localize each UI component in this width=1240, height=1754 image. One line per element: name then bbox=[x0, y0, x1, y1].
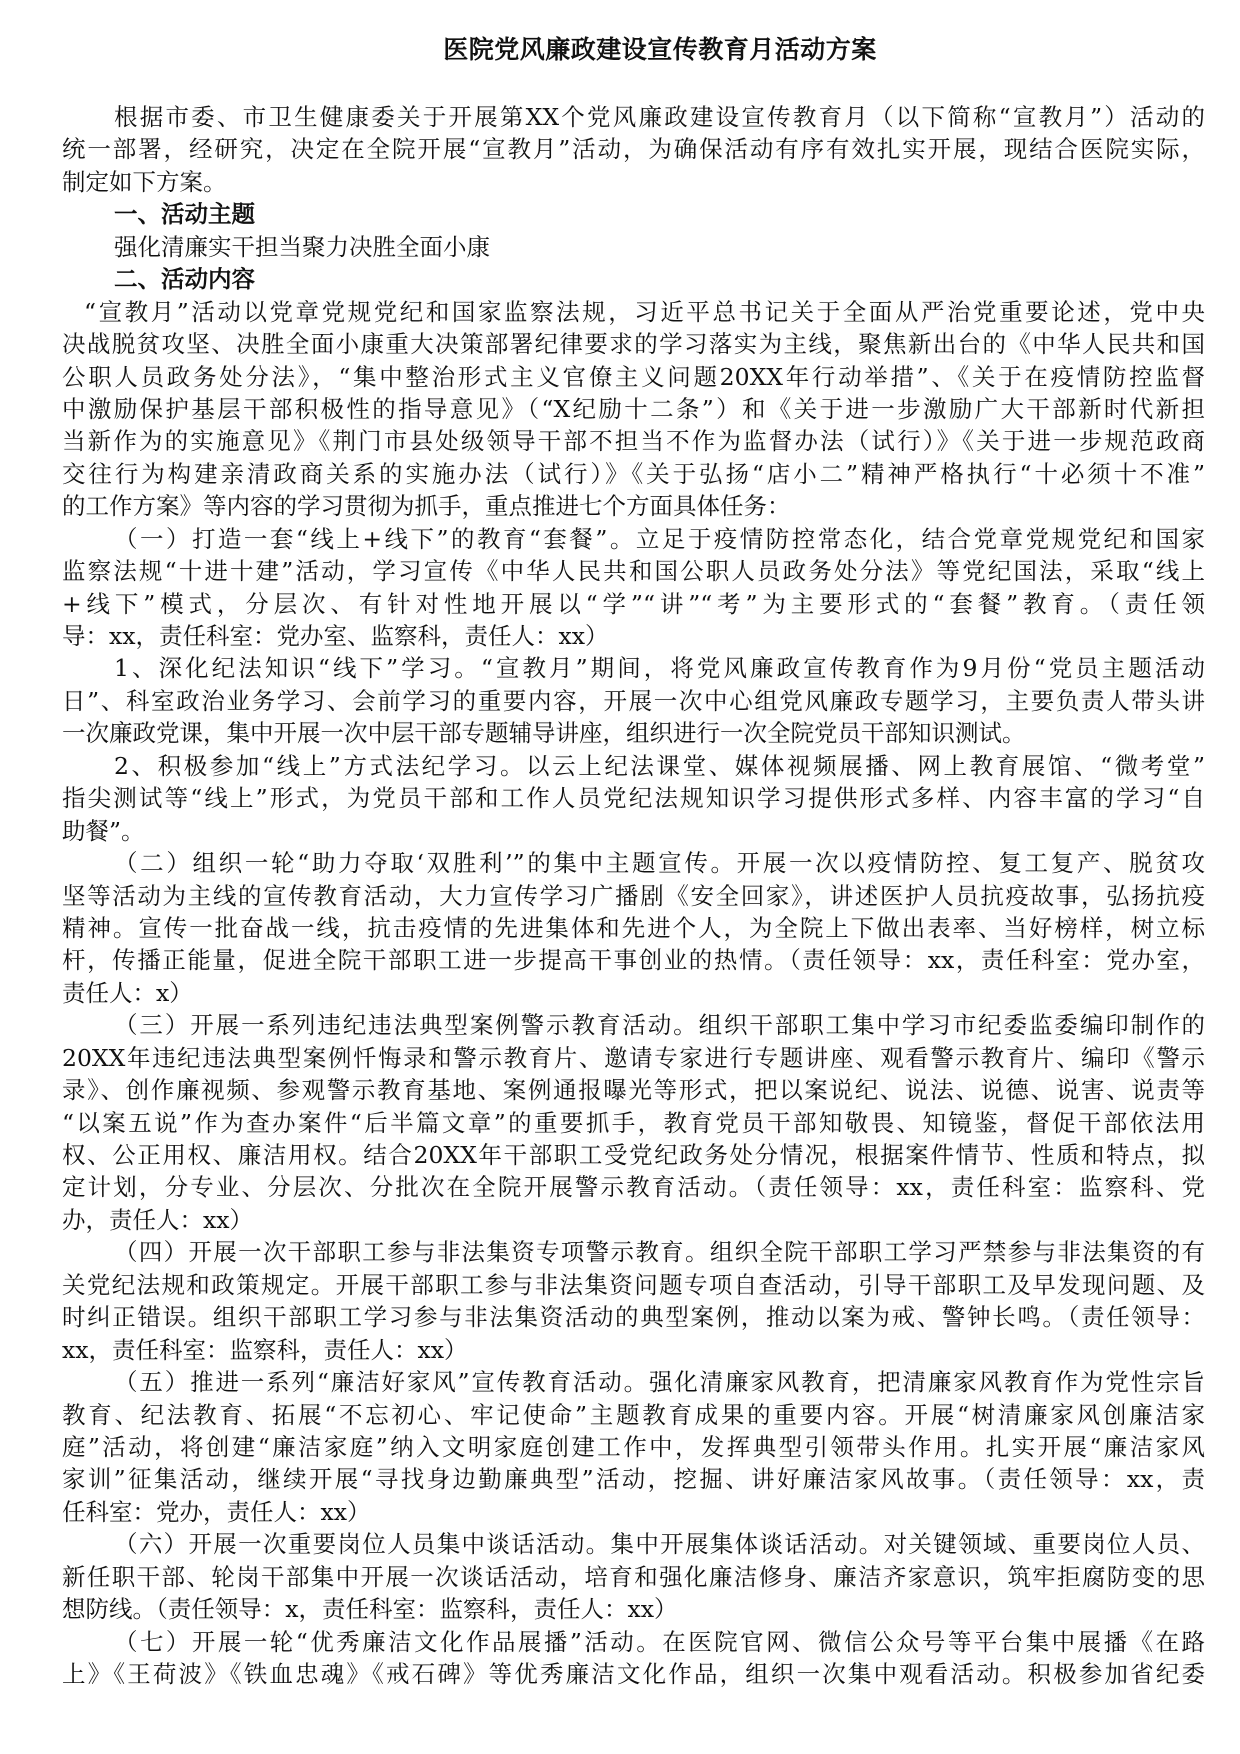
paragraph-line: 公职人员政务处分法》，“集中整治形式主义官僚主义问题20XX年行动举措”、《关于… bbox=[62, 361, 1205, 393]
paragraph-line: 决战脱贫攻坚、决胜全面小康重大决策部署纪律要求的学习落实为主线，聚焦新出台的《中… bbox=[62, 328, 1205, 360]
paragraph-line: 教育、纪法教育、拓展“不忘初心、牢记使命”主题教育成果的重要内容。开展“树清廉家… bbox=[62, 1399, 1205, 1431]
paragraph-line: 定计划，分专业、分层次、分批次在全院开展警示教育活动。（责任领导：xx，责任科室… bbox=[62, 1171, 1205, 1203]
paragraph-line: 上》《王荷波》《铁血忠魂》《戒石碑》等优秀廉洁文化作品，组织一次集中观看活动。积… bbox=[62, 1658, 1205, 1690]
paragraph-line: 20XX年违纪违法典型案例忏悔录和警示教育片、邀请专家进行专题讲座、观看警示教育… bbox=[62, 1042, 1205, 1074]
paragraph-line: （六）开展一次重要岗位人员集中谈话活动。集中开展集体谈话活动。对关键领域、重要岗… bbox=[62, 1528, 1205, 1560]
paragraph-line: （四）开展一次干部职工参与非法集资专项警示教育。组织全院干部职工学习严禁参与非法… bbox=[62, 1236, 1205, 1268]
paragraph-line: 助餐”。 bbox=[62, 815, 1205, 847]
document-page: 医院党风廉政建设宣传教育月活动方案 根据市委、市卫生健康委关于开展第XX个党风廉… bbox=[0, 0, 1240, 1754]
paragraph-line: 当新作为的实施意见》《荆门市县处级领导干部不担当不作为监督办法（试行）》《关于进… bbox=[62, 425, 1205, 457]
paragraph-line: 的工作方案》等内容的学习贯彻为抓手，重点推进七个方面具体任务： bbox=[62, 490, 1205, 522]
paragraph-line: 关党纪法规和政策规定。开展干部职工参与非法集资问题专项自查活动，引导干部职工及早… bbox=[62, 1269, 1205, 1301]
paragraph-line: 录》、创作廉视频、参观警示教育基地、案例通报曝光等形式，把以案说纪、说法、说德、… bbox=[62, 1074, 1205, 1106]
paragraph-line: （五）推进一系列“廉洁好家风”宣传教育活动。强化清廉家风教育，把清廉家风教育作为… bbox=[62, 1366, 1205, 1398]
document-title: 医院党风廉政建设宣传教育月活动方案 bbox=[0, 30, 1240, 70]
paragraph-line: 任科室：党办，责任人：xx） bbox=[62, 1496, 1205, 1528]
paragraph-line: 新任职干部、轮岗干部集中开展一次谈话活动，培育和强化廉洁修身、廉洁齐家意识，筑牢… bbox=[62, 1561, 1205, 1593]
paragraph-line: 强化清廉实干担当聚力决胜全面小康 bbox=[62, 231, 1205, 263]
paragraph-line: 精神。宣传一批奋战一线，抗击疫情的先进集体和先进个人，为全院上下做出表率、当好榜… bbox=[62, 912, 1205, 944]
paragraph-line: 导：xx，责任科室：党办室、监察科，责任人：xx） bbox=[62, 620, 1205, 652]
paragraph-line: 2、积极参加“线上”方式法纪学习。以云上纪法课堂、媒体视频展播、网上教育展馆、“… bbox=[62, 750, 1205, 782]
paragraph-line: 庭”活动，将创建“廉洁家庭”纳入文明家庭创建工作中，发挥典型引领带头作用。扎实开… bbox=[62, 1431, 1205, 1463]
document-body: 根据市委、市卫生健康委关于开展第XX个党风廉政建设宣传教育月（以下简称“宣教月”… bbox=[62, 101, 1205, 1690]
paragraph-line: 1、深化纪法知识“线下”学习。“宣教月”期间，将党风廉政宣传教育作为9月份“党员… bbox=[62, 652, 1205, 684]
section-heading: 一、活动主题 bbox=[62, 198, 1205, 230]
paragraph-line: 办，责任人：xx） bbox=[62, 1204, 1205, 1236]
paragraph-line: 时纠正错误。组织干部职工学习参与非法集资活动的典型案例，推动以案为戒、警钟长鸣。… bbox=[62, 1301, 1205, 1333]
paragraph-line: 家训”征集活动，继续开展“寻找身边勤廉典型”活动，挖掘、讲好廉洁家风故事。（责任… bbox=[62, 1463, 1205, 1495]
paragraph-line: 统一部署，经研究，决定在全院开展“宣教月”活动，为确保活动有序有效扎实开展，现结… bbox=[62, 133, 1205, 165]
paragraph-line: “宣教月”活动以党章党规党纪和国家监察法规，习近平总书记关于全面从严治党重要论述… bbox=[62, 296, 1205, 328]
paragraph-line: “以案五说”作为查办案件“后半篇文章”的重要抓手，教育党员干部知敬畏、知镜鉴，督… bbox=[62, 1107, 1205, 1139]
paragraph-line: +线下”模式，分层次、有针对性地开展以“学”“讲”“考”为主要形式的“套餐”教育… bbox=[62, 588, 1205, 620]
paragraph-line: 制定如下方案。 bbox=[62, 166, 1205, 198]
paragraph-line: 坚等活动为主线的宣传教育活动，大力宣传学习广播剧《安全回家》，讲述医护人员抗疫故… bbox=[62, 880, 1205, 912]
paragraph-line: （七）开展一轮“优秀廉洁文化作品展播”活动。在医院官网、微信公众号等平台集中展播… bbox=[62, 1626, 1205, 1658]
paragraph-line: 中激励保护基层干部积极性的指导意见》（“X纪励十二条”）和《关于进一步激励广大干… bbox=[62, 393, 1205, 425]
paragraph-line: 交往行为构建亲清政商关系的实施办法（试行）》《关于弘扬“店小二”精神严格执行“十… bbox=[62, 458, 1205, 490]
paragraph-line: 权、公正用权、廉洁用权。结合20XX年干部职工受党纪政务处分情况，根据案件情节、… bbox=[62, 1139, 1205, 1171]
paragraph-line: 日”、科室政治业务学习、会前学习的重要内容，开展一次中心组党风廉政专题学习，主要… bbox=[62, 685, 1205, 717]
paragraph-line: （一）打造一套“线上+线下”的教育“套餐”。立足于疫情防控常态化，结合党章党规党… bbox=[62, 523, 1205, 555]
paragraph-line: （三）开展一系列违纪违法典型案例警示教育活动。组织干部职工集中学习市纪委监委编印… bbox=[62, 1009, 1205, 1041]
paragraph-line: xx，责任科室：监察科，责任人：xx） bbox=[62, 1334, 1205, 1366]
paragraph-line: 责任人：x） bbox=[62, 977, 1205, 1009]
paragraph-line: （二）组织一轮“助力夺取‘双胜利’”的集中主题宣传。开展一次以疫情防控、复工复产… bbox=[62, 847, 1205, 879]
paragraph-line: 指尖测试等“线上”形式，为党员干部和工作人员党纪法规知识学习提供形式多样、内容丰… bbox=[62, 782, 1205, 814]
paragraph-line: 根据市委、市卫生健康委关于开展第XX个党风廉政建设宣传教育月（以下简称“宣教月”… bbox=[62, 101, 1205, 133]
section-heading: 二、活动内容 bbox=[62, 263, 1205, 295]
paragraph-line: 监察法规“十进十建”活动，学习宣传《中华人民共和国公职人员政务处分法》等党纪国法… bbox=[62, 555, 1205, 587]
paragraph-line: 一次廉政党课，集中开展一次中层干部专题辅导讲座，组织进行一次全院党员干部知识测试… bbox=[62, 717, 1205, 749]
paragraph-line: 想防线。（责任领导：x，责任科室：监察科，责任人：xx） bbox=[62, 1593, 1205, 1625]
paragraph-line: 杆，传播正能量，促进全院干部职工进一步提高干事创业的热情。（责任领导：xx，责任… bbox=[62, 944, 1205, 976]
